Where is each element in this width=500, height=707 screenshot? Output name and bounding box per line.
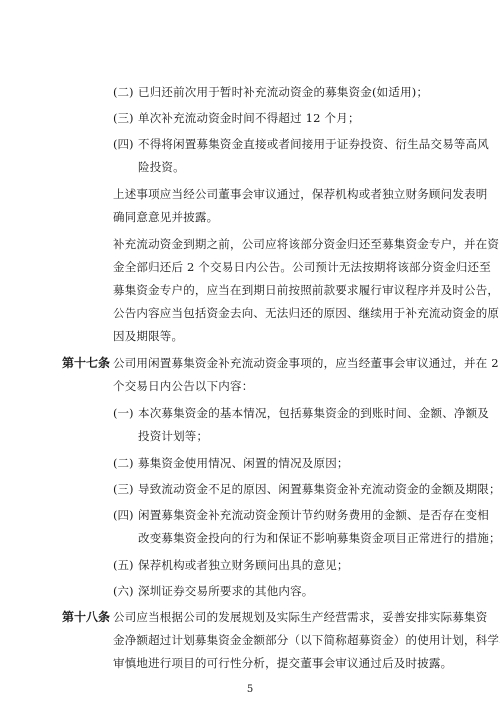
document-page: (二) 已归还前次用于暂时补充流动资金的募集资金(如适用)； (三) 单次补充流… xyxy=(0,0,500,707)
item-text: 保荐机构或者独立财务顾问出具的意见； xyxy=(138,558,349,572)
item-number: (四) xyxy=(113,137,133,151)
article-text: 公司应当根据公司的发展规划及实际生产经营需求，妥善安排实际募集资 xyxy=(113,610,487,624)
item-number: (三) xyxy=(113,482,133,496)
item-text: 单次补充流动资金时间不得超过 12 个月； xyxy=(138,111,360,125)
item-text: 险投资。 xyxy=(138,160,185,174)
article-text: 审慎地进行项目的可行性分析，提交董事会审议通过后及时披露。 xyxy=(113,656,452,670)
article-title: 第十八条 xyxy=(62,610,110,624)
paragraph-line: 补充流动资金到期之前，公司应将该部分资金归还至募集资金专户，并在资 xyxy=(113,237,499,251)
item-number: (一) xyxy=(113,406,133,420)
item-number: (六) xyxy=(113,584,133,598)
paragraph-line: 因及期限等。 xyxy=(113,329,183,343)
item-text: 闲置募集资金补充流动资金预计节约财务费用的金额、是否存在变相 xyxy=(138,508,489,522)
item-text: 导致流动资金不足的原因、闲置募集资金补充流动资金的金额及期限； xyxy=(138,482,500,496)
article-text: 个交易日内公告以下内容： xyxy=(113,379,253,393)
paragraph-line: 上述事项应当经公司董事会审议通过，保荐机构或者独立财务顾问发表明 xyxy=(113,187,487,201)
item-number: (三) xyxy=(113,111,133,125)
item-text: 募集资金使用情况、闲置的情况及原因； xyxy=(138,456,349,470)
paragraph-line: 公告内容应当包括资金去向、无法归还的原因、继续用于补充流动资金的原 xyxy=(113,306,499,320)
paragraph-line: 确同意意见并披露。 xyxy=(113,210,218,224)
item-number: (五) xyxy=(113,558,133,572)
item-text: 深圳证券交易所要求的其他内容。 xyxy=(138,584,314,598)
paragraph-line: 金全部归还后 2 个交易日内公告。公司预计无法按期将该部分资金归还至 xyxy=(113,260,491,274)
item-number: (二) xyxy=(113,456,133,470)
item-number: (二) xyxy=(113,85,133,99)
item-text: 改变募集资金投向的行为和保证不影响募集资金项目正常进行的措施； xyxy=(138,531,500,545)
article-text: 公司用闲置募集资金补充流动资金事项的，应当经董事会审议通过，并在 2 xyxy=(113,356,499,370)
page-number: 5 xyxy=(0,684,500,695)
item-text: 投资计划等； xyxy=(138,429,208,443)
item-text: 本次募集资金的基本情况，包括募集资金的到账时间、金额、净额及 xyxy=(138,406,489,420)
item-number: (四) xyxy=(113,508,133,522)
article-title: 第十七条 xyxy=(62,356,110,370)
item-text: 不得将闲置募集资金直接或者间接用于证券投资、衍生品交易等高风 xyxy=(138,137,489,151)
item-text: 已归还前次用于暂时补充流动资金的募集资金(如适用)； xyxy=(138,85,428,99)
article-text: 金净额超过计划募集资金金额部分（以下简称超募资金）的使用计划，科学、 xyxy=(113,633,500,647)
paragraph-line: 募集资金专户的，应当在到期日前按照前款要求履行审议程序并及时公告， xyxy=(113,283,499,297)
